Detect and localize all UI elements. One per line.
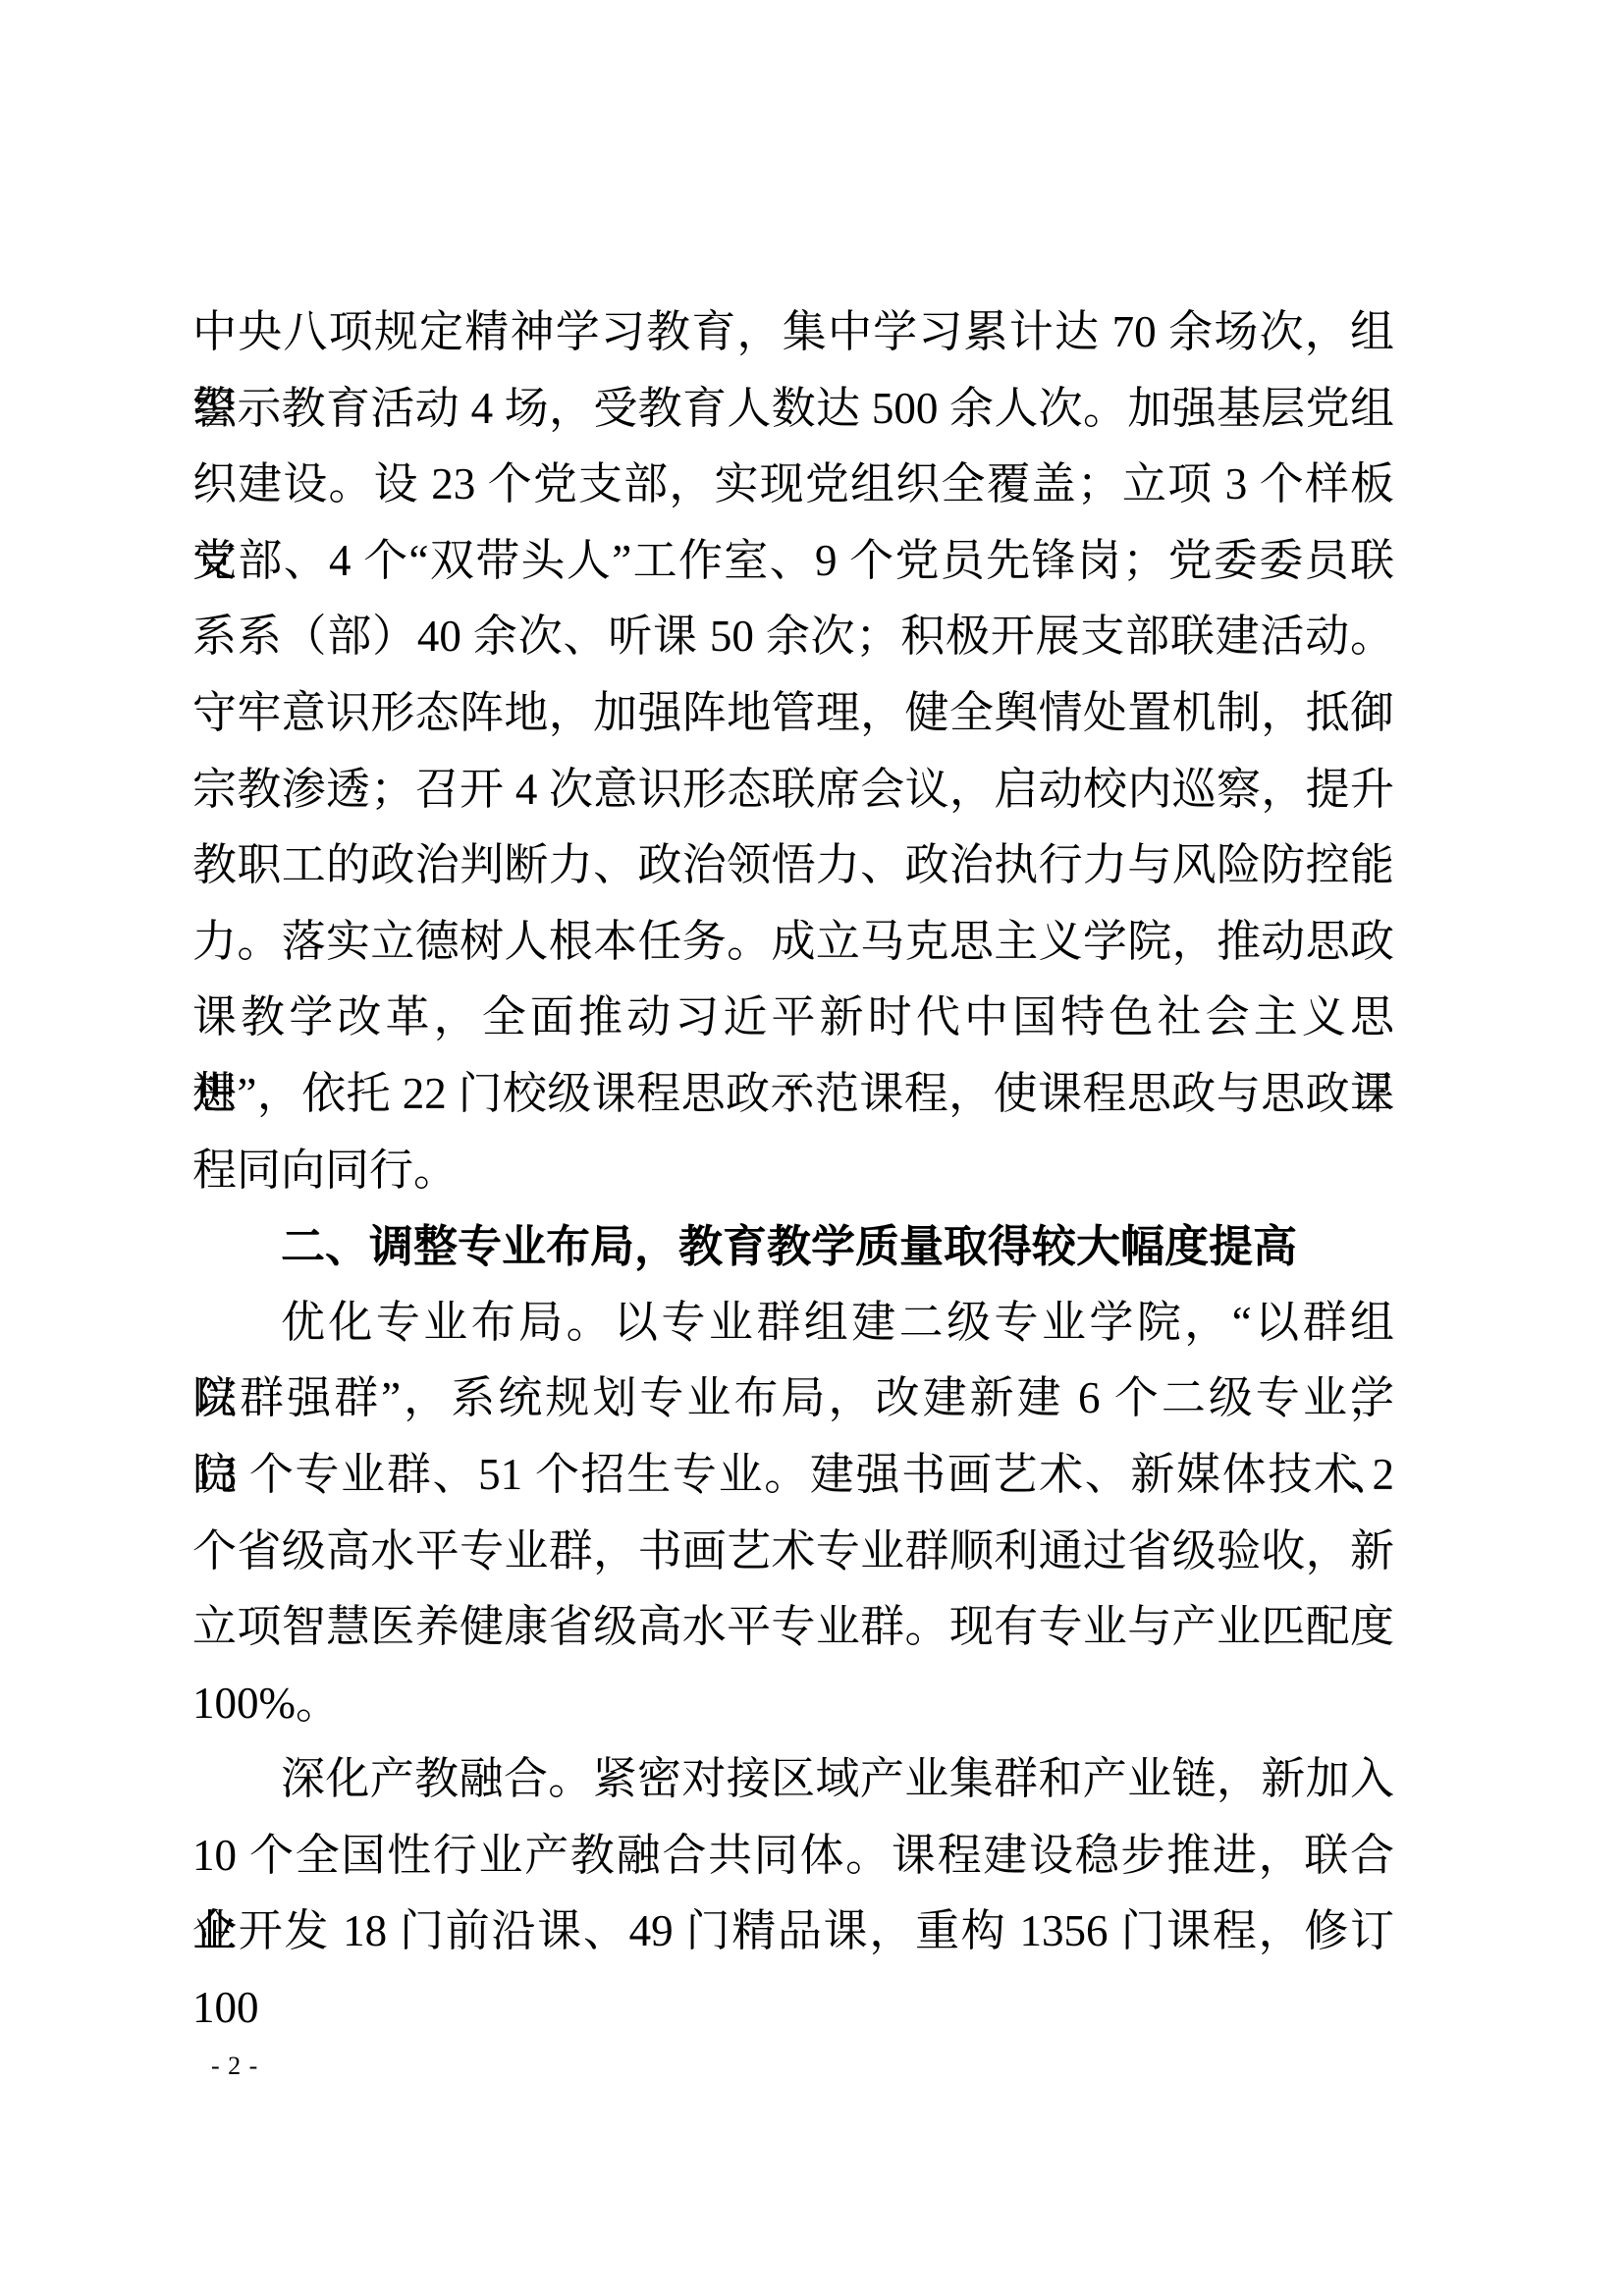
- document-page: 中央八项规定精神学习教育，集中学习累计达 70 余场次，组织 警示教育活动 4 …: [0, 0, 1623, 2296]
- text-line: 织建设。设 23 个党支部，实现党组织全覆盖；立项 3 个样板党: [192, 447, 1394, 523]
- page-number: - 2 -: [211, 2052, 258, 2081]
- text-line: 深化产教融合。紧密对接区域产业集群和产业链，新加入: [192, 1741, 1394, 1818]
- text-line: 以群强群”，系统规划专业布局，改建新建 6 个二级专业学院、: [192, 1361, 1394, 1437]
- text-line: 力。落实立德树人根本任务。成立马克思主义学院，推动思政: [192, 904, 1394, 981]
- text-line: 程同向同行。: [192, 1133, 1394, 1209]
- text-line: 守牢意识形态阵地，加强阵地管理，健全舆情处置机制，抵御: [192, 675, 1394, 752]
- text-line: 支部、4 个“双带头人”工作室、9 个党员先锋岗；党委委员联: [192, 523, 1394, 600]
- text-line: 100%。: [192, 1666, 1394, 1742]
- text-line: 优化专业布局。以专业群组建二级专业学院，“以群组院，: [192, 1285, 1394, 1362]
- text-line: 10 个全国性行业产教融合共同体。课程建设稳步推进，联合企: [192, 1818, 1394, 1895]
- text-block: 中央八项规定精神学习教育，集中学习累计达 70 余场次，组织 警示教育活动 4 …: [192, 294, 1394, 1970]
- section-heading: 二、调整专业布局，教育教学质量取得较大幅度提高: [192, 1208, 1394, 1285]
- text-line: 立项智慧医养健康省级高水平专业群。现有专业与产业匹配度: [192, 1589, 1394, 1666]
- text-line: 13 个专业群、51 个招生专业。建强书画艺术、新媒体技术 2: [192, 1437, 1394, 1514]
- text-line: 个省级高水平专业群，书画艺术专业群顺利通过省级验收，新: [192, 1514, 1394, 1590]
- text-line: 警示教育活动 4 场，受教育人数达 500 余人次。加强基层党组: [192, 371, 1394, 448]
- text-line: 中央八项规定精神学习教育，集中学习累计达 70 余场次，组织: [192, 294, 1394, 371]
- text-line: 进”，依托 22 门校级课程思政示范课程，使课程思政与思政课: [192, 1056, 1394, 1133]
- text-line: 系系（部）40 余次、听课 50 余次；积极开展支部联建活动。: [192, 599, 1394, 675]
- text-line: 教职工的政治判断力、政治领悟力、政治执行力与风险防控能: [192, 828, 1394, 904]
- text-line: 课教学改革，全面推动习近平新时代中国特色社会主义思想“三: [192, 980, 1394, 1056]
- text-line: 宗教渗透；召开 4 次意识形态联席会议，启动校内巡察，提升: [192, 752, 1394, 828]
- text-line: 业开发 18 门前沿课、49 门精品课，重构 1356 门课程，修订 100: [192, 1894, 1394, 1970]
